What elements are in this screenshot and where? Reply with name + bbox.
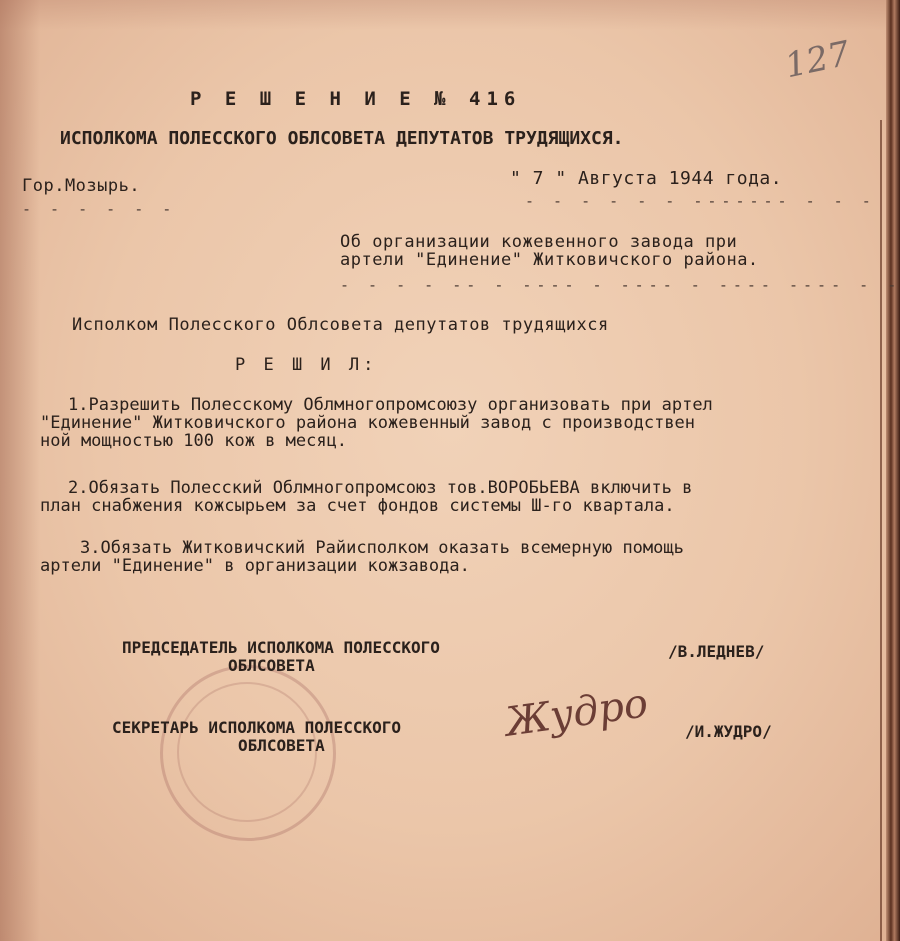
preamble: Исполком Полесского Облсовета депутатов … (72, 315, 609, 335)
document-subtitle: ИСПОЛКОМА ПОЛЕССКОГО ОБЛСОВЕТА ДЕПУТАТОВ… (60, 128, 624, 149)
point-2-line-2: план снабжения кожсырьем за счет фондов … (40, 496, 675, 516)
point-3-line-1: 3.Обязать Житковичский Райисполком оказа… (80, 538, 684, 558)
chairman-title-line-1: ПРЕДСЕДАТЕЛЬ ИСПОЛКОМА ПОЛЕССКОГО (122, 638, 440, 657)
book-binding-edge (886, 0, 900, 941)
archive-page-number: 127 (782, 34, 854, 87)
divider-dashes: - - - - - - (22, 200, 176, 218)
point-1-line-3: ной мощностью 100 кож в месяц. (40, 431, 347, 451)
page-edge-line (880, 120, 882, 941)
document-page: 127 Р Е Ш Е Н И Е № 416 ИСПОЛКОМА ПОЛЕСС… (0, 0, 900, 941)
decided-heading: Р Е Ш И Л: (235, 355, 377, 375)
subject-line-1: Об организации кожевенного завода при (340, 232, 737, 252)
chairman-name: /В.ЛЕДНЕВ/ (668, 642, 764, 661)
point-1-line-2: "Единение" Житковичского района кожевенн… (40, 413, 695, 433)
divider-dashes: - - - - - - ------- - - - (525, 192, 876, 210)
date: " 7 " Августа 1944 года. (510, 168, 782, 189)
subject-line-2: артели "Единение" Житковичского района. (340, 250, 759, 270)
document-title: Р Е Ш Е Н И Е № 416 (190, 88, 521, 110)
point-3-line-2: артели "Единение" в организации кожзавод… (40, 556, 470, 576)
secretary-name: /И.ЖУДРО/ (685, 722, 772, 741)
place: Гор.Мозырь. (22, 176, 140, 196)
chairman-title-line-2: ОБЛСОВЕТА (228, 656, 315, 675)
point-2-line-1: 2.Обязать Полесский Облмногопромсоюз тов… (68, 478, 692, 498)
point-1-line-1: 1.Разрешить Полесскому Облмногопромсоюзу… (68, 395, 713, 415)
divider-dashes: - - - - -- - ---- - ---- - ---- ---- - -… (340, 276, 900, 294)
handwritten-signature: Жудро (502, 680, 650, 745)
secretary-title-line-2: ОБЛСОВЕТА (238, 736, 325, 755)
secretary-title-line-1: СЕКРЕТАРЬ ИСПОЛКОМА ПОЛЕССКОГО (112, 718, 401, 737)
page-shadow-top (0, 0, 900, 30)
page-shadow (0, 0, 40, 941)
